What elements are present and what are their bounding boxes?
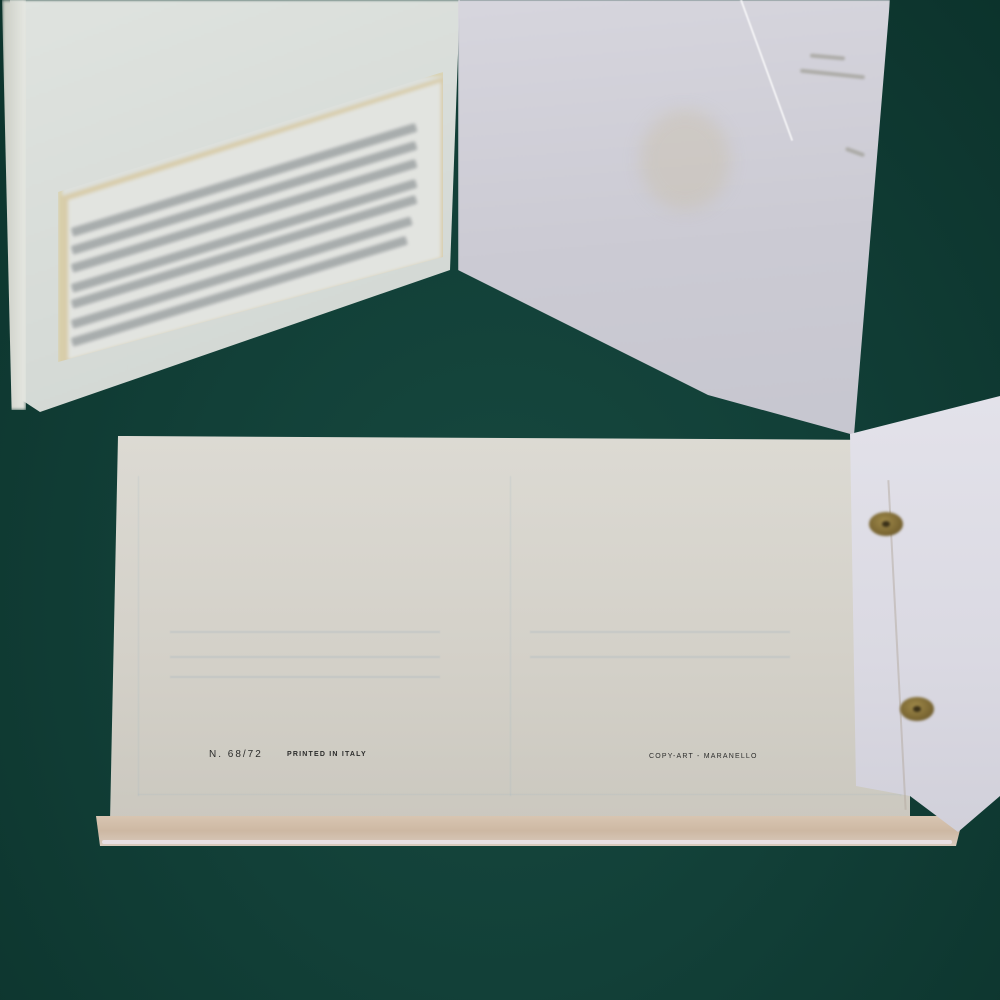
rivet-hole xyxy=(913,706,921,712)
cover-edge xyxy=(102,840,952,844)
show-through-line xyxy=(530,656,790,658)
printed-in-label: PRINTED IN ITALY xyxy=(287,751,367,758)
show-through-line xyxy=(138,794,908,795)
brass-rivet-icon xyxy=(869,512,903,536)
show-through-line xyxy=(170,676,440,678)
photo-scene: N. 68/72 PRINTED IN ITALY COPY-ART - MAR… xyxy=(0,0,1000,1000)
binding-flap xyxy=(850,396,1000,832)
brass-rivet-icon xyxy=(900,697,934,721)
booklet: N. 68/72 PRINTED IN ITALY COPY-ART - MAR… xyxy=(96,436,916,848)
show-through-line xyxy=(170,631,440,633)
booklet-page xyxy=(110,436,910,821)
show-through-line xyxy=(138,476,139,796)
upper-left-page-edge xyxy=(2,0,26,410)
printer-label: COPY-ART - MARANELLO xyxy=(649,753,758,760)
show-through-line xyxy=(530,631,790,633)
rivet-hole xyxy=(882,521,890,527)
show-through-line xyxy=(170,656,440,658)
show-through-line xyxy=(510,476,511,796)
page-stain xyxy=(640,110,730,210)
print-number: N. 68/72 xyxy=(209,749,263,760)
upper-right-page xyxy=(458,0,890,440)
